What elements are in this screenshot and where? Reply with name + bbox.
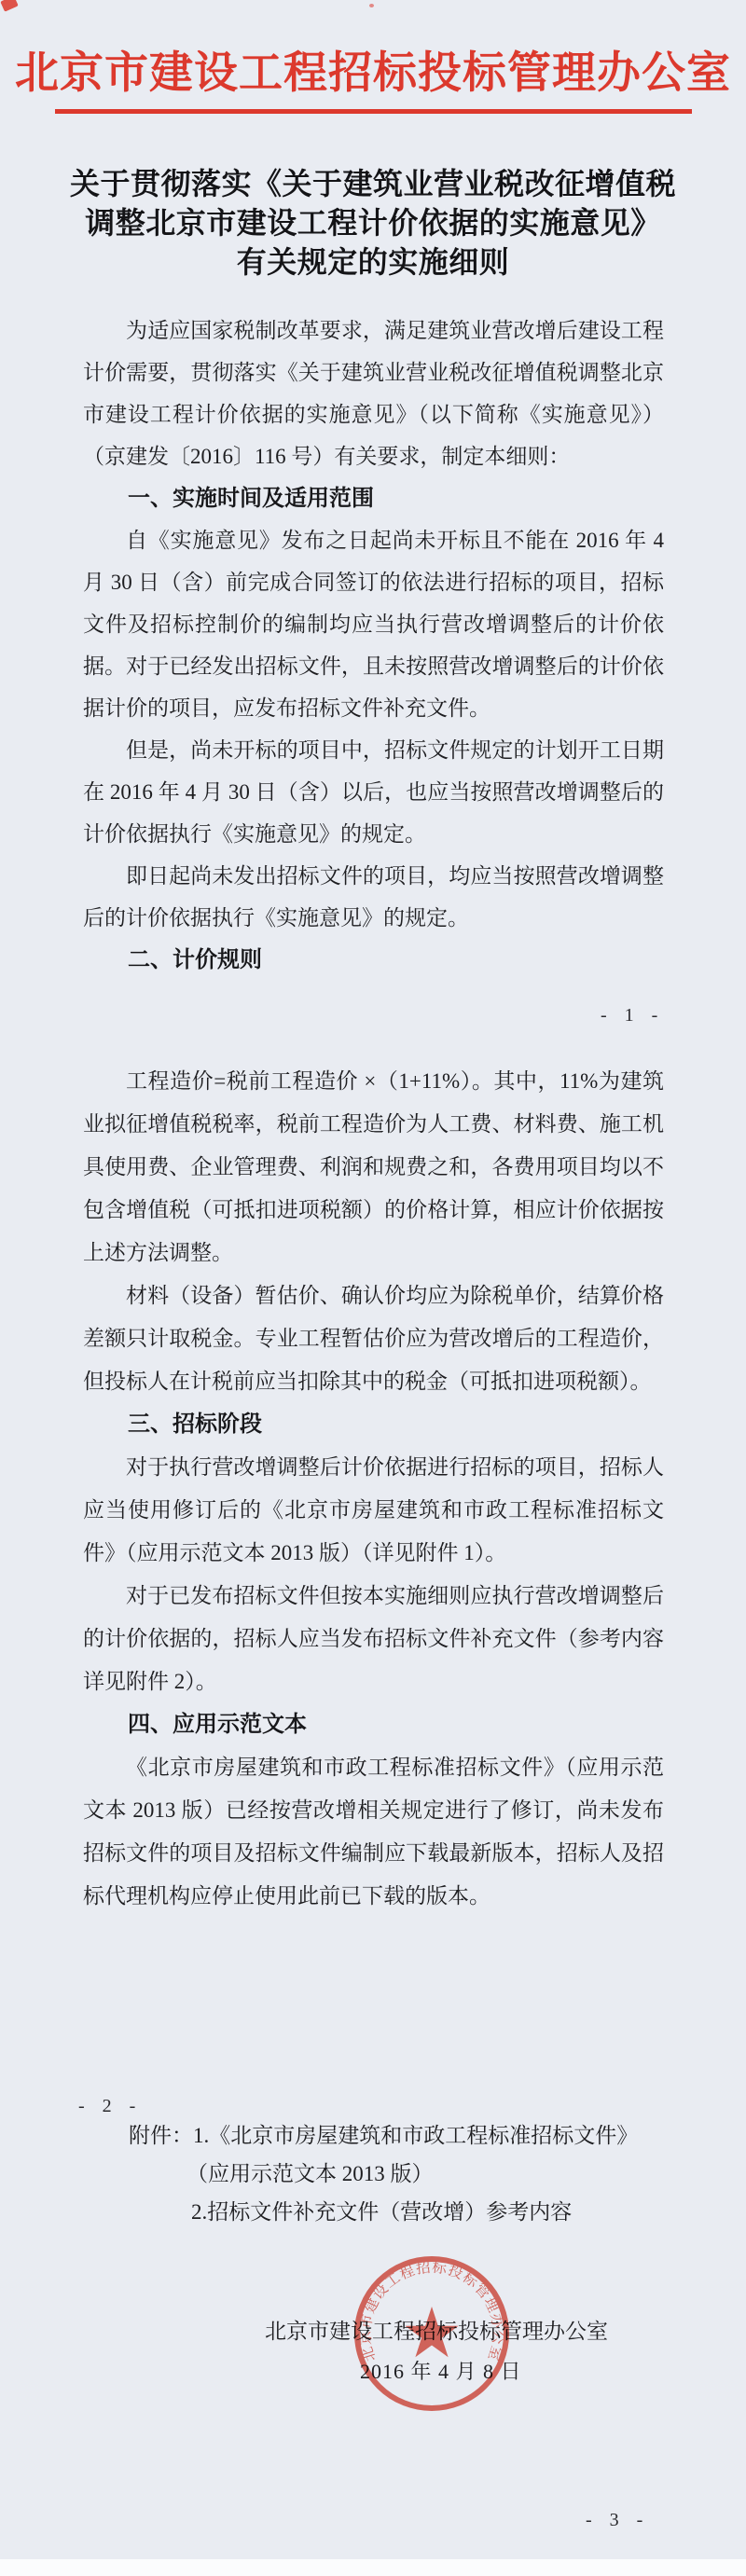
- seal-star-icon: [406, 2307, 459, 2357]
- section1-paragraph-3: 即日起尚未发出招标文件的项目，均应当按照营改增调整后的计价依据执行《实施意见》的…: [83, 855, 664, 939]
- document-title: 关于贯彻落实《关于建筑业营业税改征增值税 调整北京市建设工程计价依据的实施意见》…: [0, 164, 746, 282]
- page-number-1: - 1 -: [601, 1005, 664, 1026]
- document-title-line-3: 有关规定的实施细则: [0, 242, 746, 282]
- attachment-list-line-1: 附件：1.《北京市房屋建筑和市政工程标准招标文件》: [129, 2121, 638, 2151]
- section1-paragraph-1: 自《实施意见》发布之日起尚未开标且不能在 2016 年 4 月 30 日（含）前…: [83, 519, 664, 729]
- scan-edge-strip: [0, 2559, 746, 2576]
- section-heading-4: 四、应用示范文本: [83, 1703, 664, 1746]
- section-heading-3: 三、招标阶段: [83, 1403, 664, 1446]
- section3-paragraph-2: 对于已发布招标文件但按本实施细则应执行营改增调整后的计价依据的，招标人应当发布招…: [83, 1575, 664, 1703]
- document-title-line-1: 关于贯彻落实《关于建筑业营业税改征增值税: [0, 164, 746, 203]
- letterhead-divider-rule: [55, 109, 692, 114]
- page1-body-text: 为适应国家税制改革要求，满足建筑业营改增后建设工程计价需要，贯彻落实《关于建筑业…: [83, 310, 664, 981]
- section1-paragraph-2: 但是，尚未开标的项目中，招标文件规定的计划开工日期在 2016 年 4 月 30…: [83, 729, 664, 855]
- attachment-list-line-2: （应用示范文本 2013 版）: [186, 2159, 434, 2189]
- letterhead-org-name: 北京市建设工程招标投标管理办公室: [0, 50, 746, 97]
- section4-paragraph-1: 《北京市房屋建筑和市政工程标准招标文件》（应用示范文本 2013 版）已经按营改…: [83, 1746, 664, 1918]
- section3-paragraph-1: 对于执行营改增调整后计价依据进行招标的项目，招标人应当使用修订后的《北京市房屋建…: [83, 1446, 664, 1575]
- official-red-seal: 北京市建设工程招标投标管理办公室: [352, 2253, 512, 2414]
- scan-ink-dot: [369, 4, 374, 7]
- scanned-document: 北京市建设工程招标投标管理办公室 关于贯彻落实《关于建筑业营业税改征增值税 调整…: [0, 0, 746, 2576]
- intro-paragraph: 为适应国家税制改革要求，满足建筑业营改增后建设工程计价需要，贯彻落实《关于建筑业…: [83, 310, 664, 477]
- section2-paragraph-2: 材料（设备）暂估价、确认价均应为除税单价，结算价格差额只计取税金。专业工程暂估价…: [83, 1274, 664, 1403]
- document-title-line-2: 调整北京市建设工程计价依据的实施意见》: [0, 203, 746, 242]
- section2-paragraph-1: 工程造价=税前工程造价 ×（1+11%）。其中，11%为建筑业拟征增值税税率，税…: [83, 1060, 664, 1274]
- page-number-2: - 2 -: [78, 2096, 142, 2117]
- section-heading-2: 二、计价规则: [83, 939, 664, 981]
- section-heading-1: 一、实施时间及适用范围: [83, 477, 664, 519]
- attachment-list-line-3: 2.招标文件补充文件（营改增）参考内容: [191, 2197, 572, 2227]
- scan-ink-speck: [0, 0, 18, 12]
- page2-body-text: 工程造价=税前工程造价 ×（1+11%）。其中，11%为建筑业拟征增值税税率，税…: [83, 1060, 664, 1918]
- page-number-3: - 3 -: [586, 2510, 649, 2531]
